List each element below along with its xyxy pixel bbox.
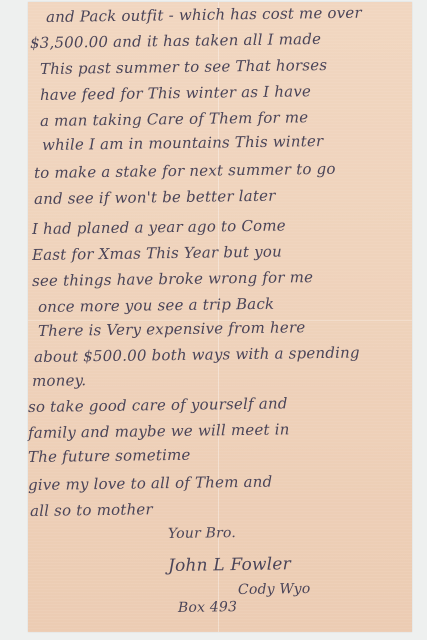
letter-line: a man taking Care of Them for me [40,108,309,130]
letter-closing: Your Bro. [168,525,236,542]
letter-line: and Pack outfit - which has cost me over [46,4,362,26]
letter-line: once more you see a trip Back [38,295,275,316]
letter-line: money. [32,371,86,390]
letter-line: so take good care of yourself and [28,394,288,416]
letter-line: about $500.00 both ways with a spending [34,343,360,366]
address-place: Cody Wyo [238,581,311,598]
address-box: Box 493 [178,599,237,616]
letter-line: all so to mother [30,500,153,520]
letter-line: There is Very expensive from here [38,318,306,340]
letter-line: to make a stake for next summer to go [34,160,336,182]
letter-line: $3,500.00 and it has taken all I made [30,30,321,52]
letter-line: This past summer to see That horses [40,56,327,78]
letter-line: family and maybe we will meet in [28,420,290,442]
letter-signature: John L Fowler [168,554,291,576]
letter-line: give my love to all of Them and [28,473,273,494]
letter-line: have feed for This winter as I have [40,82,311,104]
letter-line: while I am in mountains This winter [42,132,324,154]
letter-page: and Pack outfit - which has cost me over… [28,2,412,632]
letter-line: East for Xmas This Year but you [32,243,282,264]
letter-line: I had planed a year ago to Come [32,216,286,238]
letter-line: see things have broke wrong for me [32,268,313,290]
letter-line: and see if won't be better later [34,187,276,208]
letter-line: The future sometime [28,446,191,466]
